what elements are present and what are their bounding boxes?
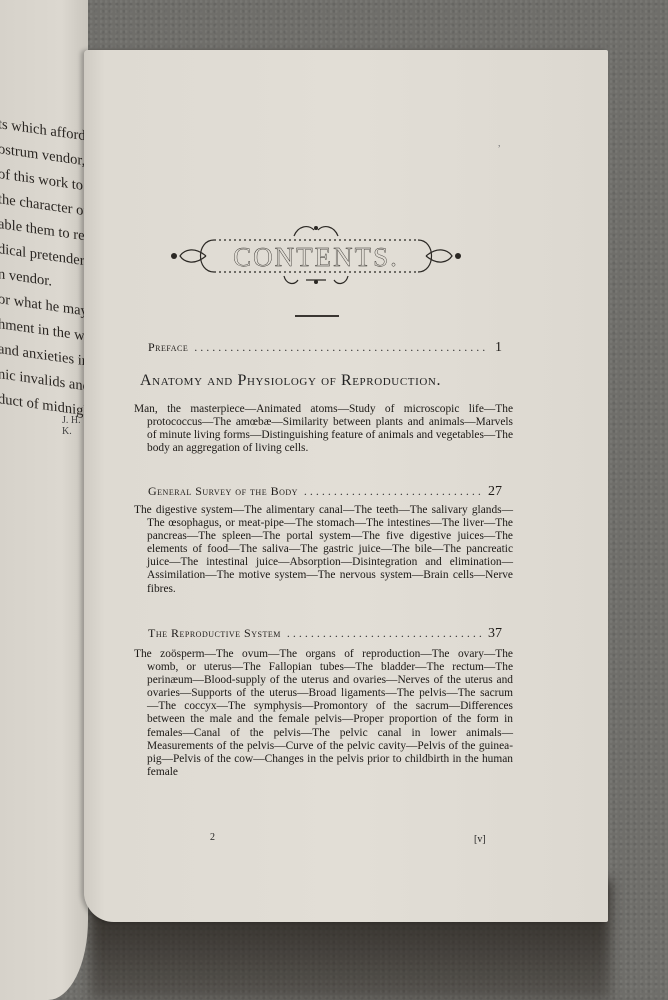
heading-rule [295,315,339,317]
synopsis-reproductive-system: The zoösperm—The ovum—The organs of repr… [134,648,513,779]
leader-dots: ........................................… [287,626,482,641]
contents-heading: CONTENTS. [224,242,408,273]
page-number: [v] [474,834,486,845]
synopsis-general-survey: The digestive system—The alimentary cana… [134,504,513,596]
left-page-preface: ts which afford a m ostrum vendor, and o… [0,0,88,1000]
right-page-contents: , CONTENTS. Preface ................ [84,50,608,922]
toc-entry-reproductive-system[interactable]: The Reproductive System ................… [148,626,502,642]
toc-entry-label: The Reproductive System [148,626,281,641]
toc-entry-label: Preface [148,340,188,355]
toc-entry-label: General Survey of the Body [148,484,298,499]
signature-mark: 2 [210,832,215,843]
leader-dots: ........................................… [194,340,489,355]
synopsis-introduction: Man, the masterpiece—Animated atoms—Stud… [134,403,513,455]
pencil-mark: , [498,138,501,149]
toc-entry-preface[interactable]: Preface ................................… [148,340,502,356]
toc-page-number: 1 [495,340,502,356]
leader-dots: ........................................… [304,484,482,499]
toc-page-number: 27 [488,484,502,500]
toc-page-number: 37 [488,626,502,642]
part-title: Anatomy and Physiology of Reproduction. [140,372,500,390]
contents-ornament-banner: CONTENTS. [166,222,466,290]
toc-entry-general-survey[interactable]: General Survey of the Body .............… [148,484,502,500]
left-page-text: ts which afford a m ostrum vendor, and o… [0,112,88,427]
